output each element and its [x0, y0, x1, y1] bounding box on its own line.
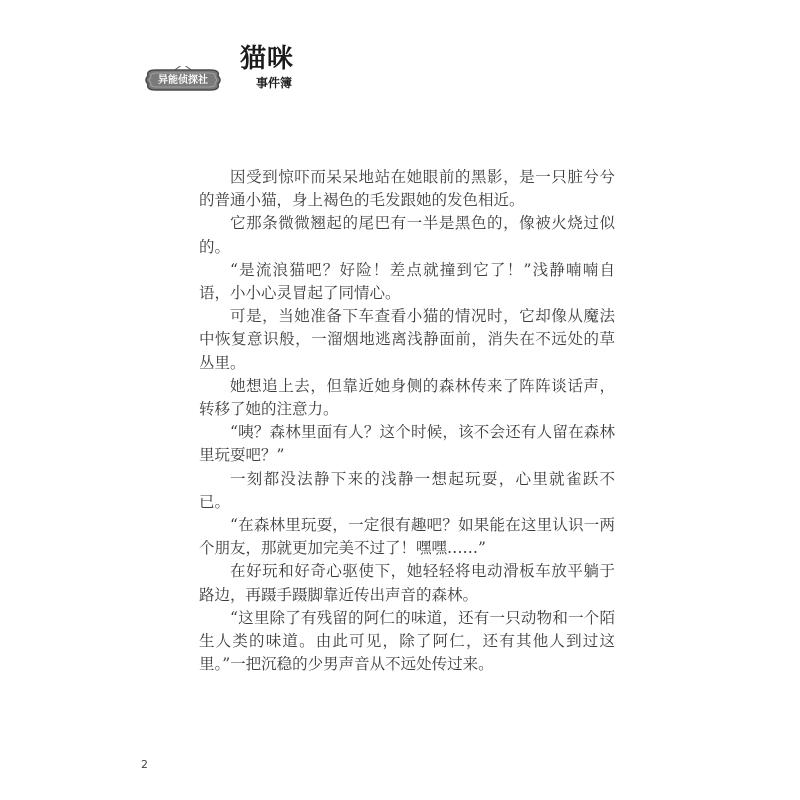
chapter-title: 猫咪 — [240, 44, 294, 74]
paragraph: “这里除了有残留的阿仁的味道，还有一只动物和一个陌生人类的味道。由此可见，除了阿… — [199, 607, 615, 677]
chapter-header: 异能侦探社 猫咪 事件簿 — [140, 42, 340, 102]
paragraph: 她想追上去，但靠近她身侧的森林传来了阵阵谈话声，转移了她的注意力。 — [199, 375, 615, 421]
paragraph: “是流浪猫吧？好险！差点就撞到它了！”浅静喃喃自语，小小心灵冒起了同情心。 — [199, 259, 615, 305]
paragraph: 在好玩和好奇心驱使下，她轻轻将电动滑板车放平躺于路边，再蹑手蹑脚靠近传出声音的森… — [199, 560, 615, 606]
badge-label: 异能侦探社 — [142, 75, 224, 87]
paragraph: 可是，当她准备下车查看小猫的情况时，它却像从魔法中恢复意识般，一溜烟地逃离浅静面… — [199, 305, 615, 375]
chapter-subtitle: 事件簿 — [256, 76, 292, 90]
page-number: 2 — [141, 758, 148, 771]
series-badge: 异能侦探社 — [142, 66, 224, 94]
paragraph: 它那条微微翘起的尾巴有一半是黑色的，像被火烧过似的。 — [199, 212, 615, 258]
paragraph: “在森林里玩耍，一定很有趣吧？如果能在这里认识一两个朋友，那就更加完美不过了！嘿… — [199, 514, 615, 560]
paragraph: “咦？森林里面有人？这个时候，该不会还有人留在森林里玩耍吧？” — [199, 421, 615, 467]
paragraph: 一刻都没法静下来的浅静一想起玩耍，心里就雀跃不已。 — [199, 468, 615, 514]
story-body: 因受到惊吓而呆呆地站在她眼前的黑影，是一只脏兮兮的普通小猫，身上褐色的毛发跟她的… — [199, 166, 615, 676]
paragraph: 因受到惊吓而呆呆地站在她眼前的黑影，是一只脏兮兮的普通小猫，身上褐色的毛发跟她的… — [199, 166, 615, 212]
